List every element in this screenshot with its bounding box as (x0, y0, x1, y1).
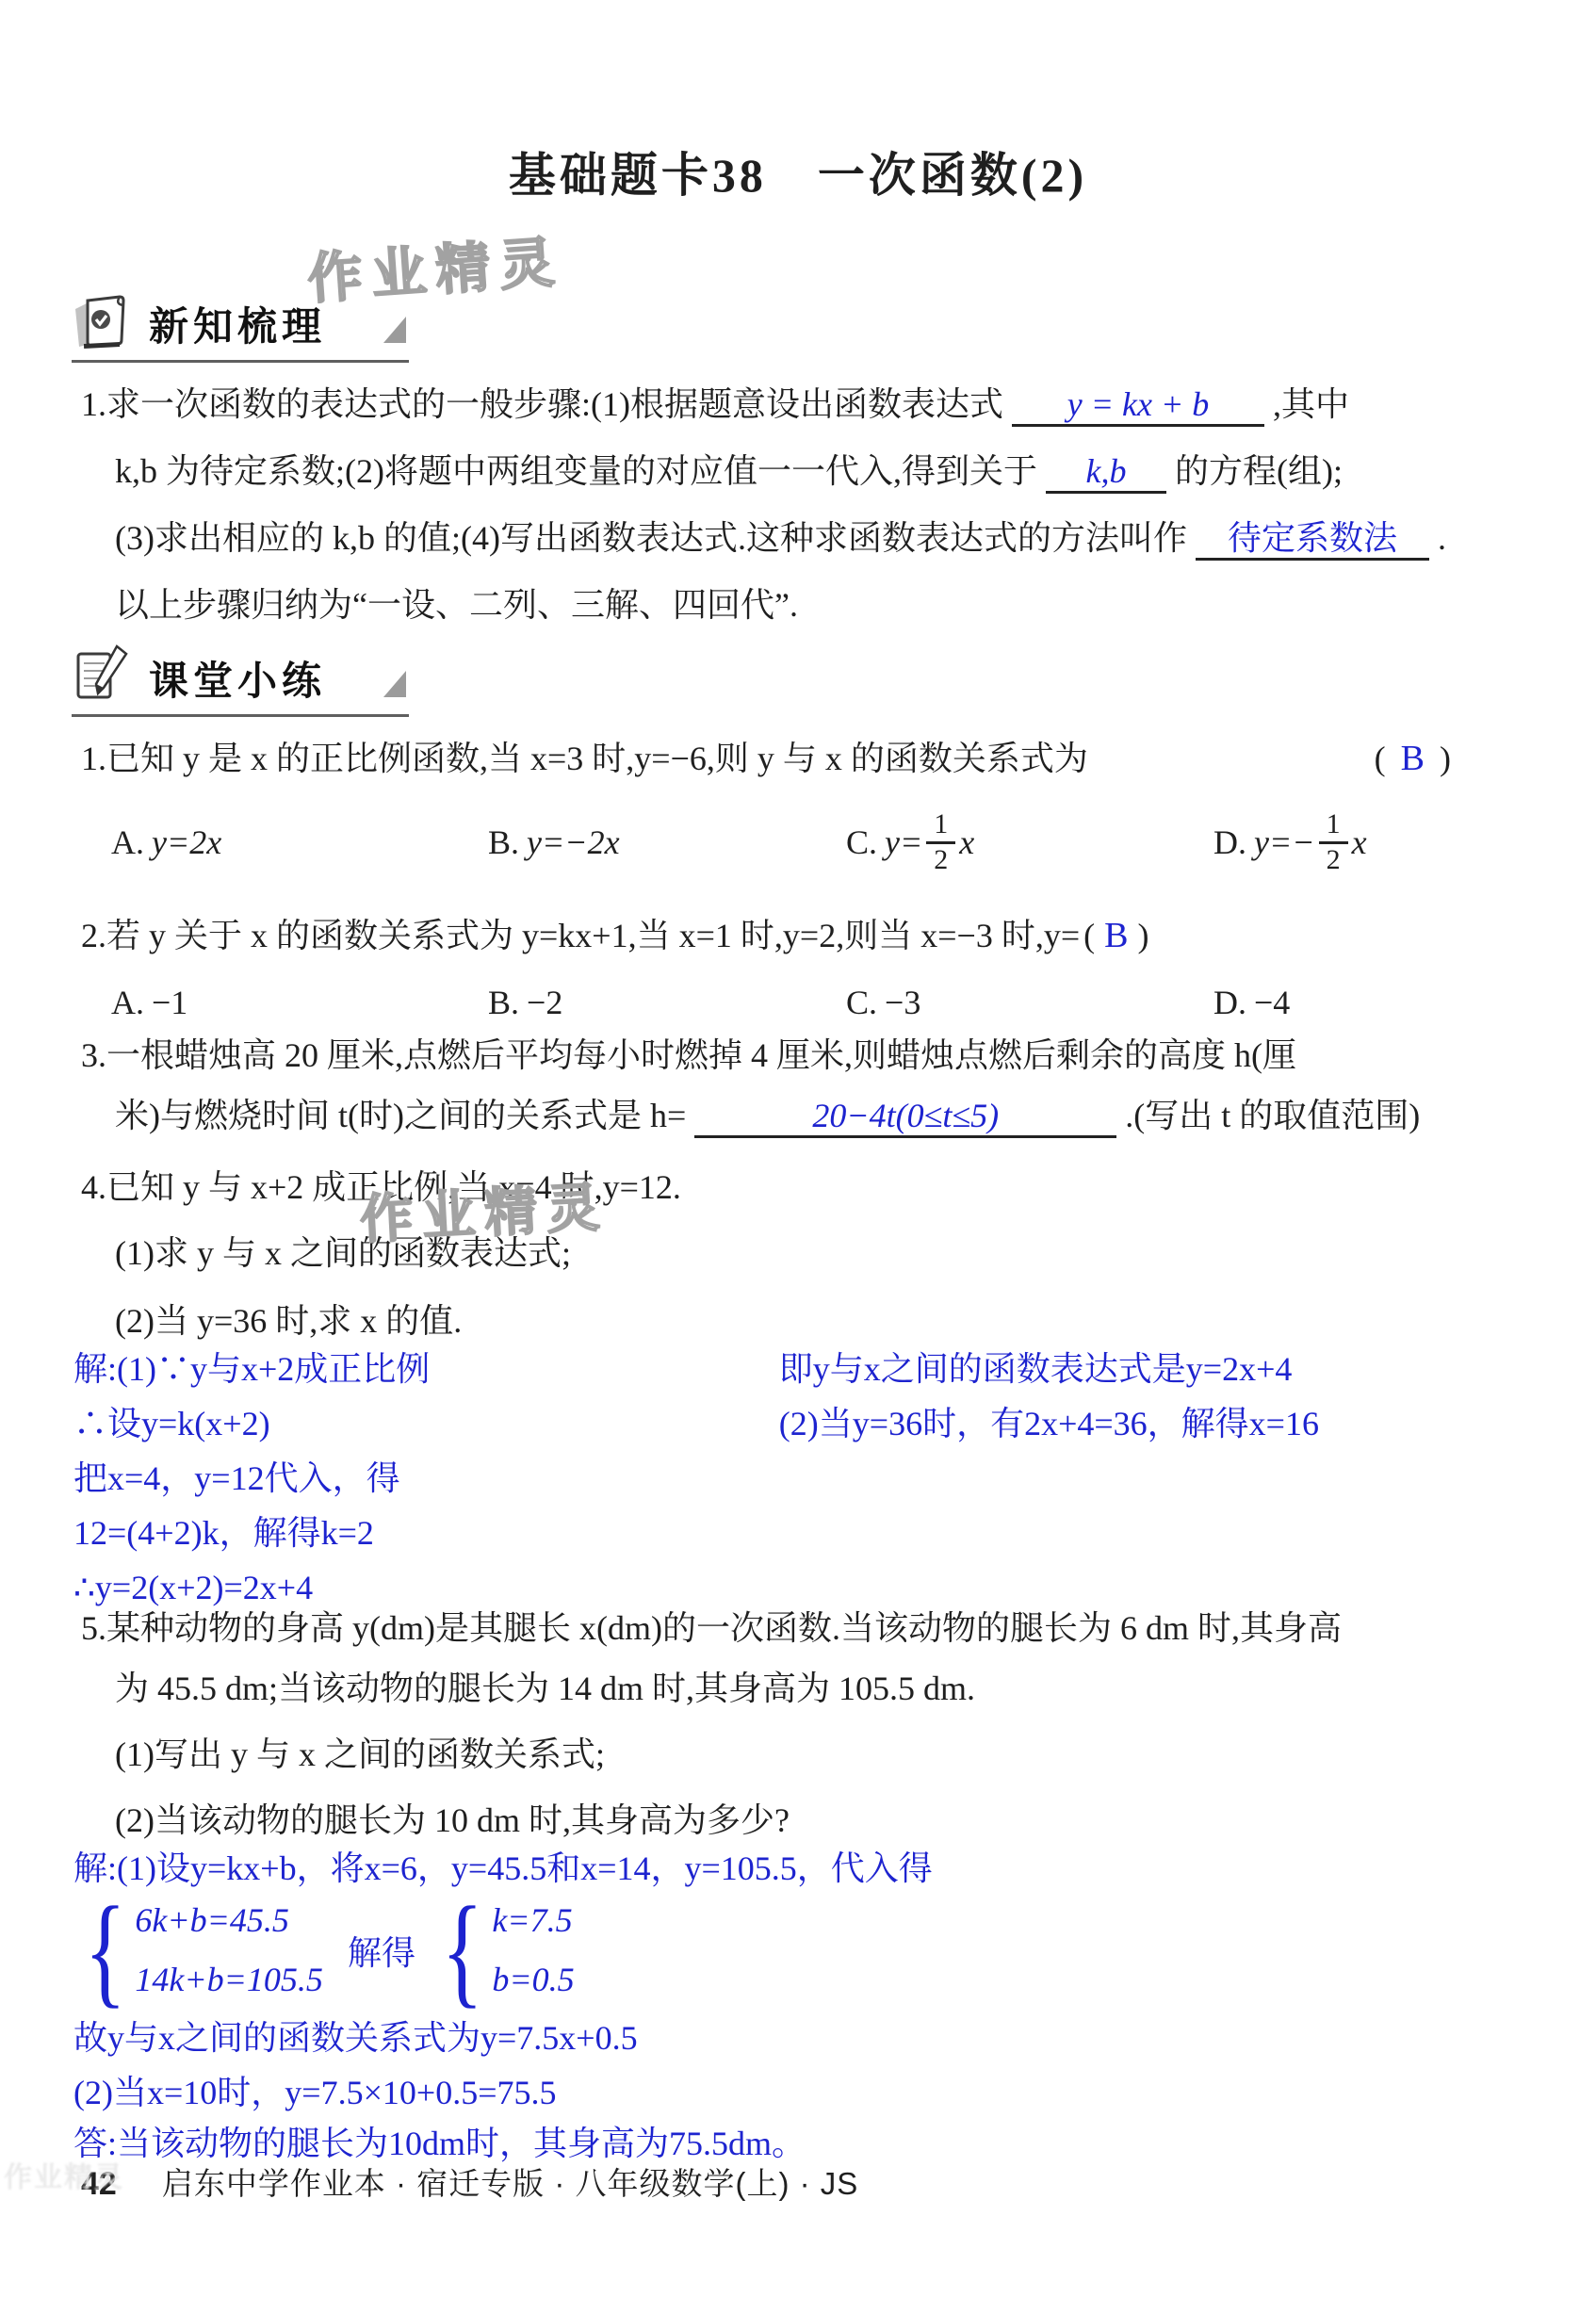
option-label: C. (846, 983, 885, 1022)
triangle-icon (381, 668, 409, 707)
question-4-solution-left: 解:(1)∵y与x+2成正比例 ∴设y=k(x+2) 把x=4，y=12代入，得… (73, 1342, 779, 1615)
solution-line: 把x=4，y=12代入，得 (73, 1451, 779, 1506)
option-label: C. (846, 823, 885, 862)
text-segment: (3)求出相应的 k,b 的值;(4)写出函数表达式.这种求函数表达式的方法叫作 (115, 519, 1187, 557)
equation: k=7.5 (492, 1900, 574, 1941)
option-value-pre: y= (885, 823, 922, 862)
equation: b=0.5 (492, 1960, 574, 2000)
fraction-numerator: 1 (1319, 808, 1348, 841)
option-value: y=2x (152, 823, 221, 862)
review-item-1-line-3: (3)求出相应的 k,b 的值;(4)写出函数表达式.这种求函数表达式的方法叫作… (81, 505, 1556, 572)
option-value-pre: y=− (1254, 823, 1315, 862)
system-solutions: k=7.5 b=0.5 (492, 1900, 574, 2000)
text-segment: (2)当 y=36 时,求 x 的值. (115, 1302, 462, 1340)
text-segment: . (1438, 519, 1446, 557)
option-label: A. (111, 823, 152, 862)
text-segment: (2)当该动物的腿长为 10 dm 时,其身高为多少? (115, 1801, 790, 1839)
text-segment: 为 45.5 dm;当该动物的腿长为 14 dm 时,其身高为 105.5 dm… (115, 1670, 975, 1707)
option-d: D. −4 (1213, 983, 1290, 1022)
option-d: D. y=− 1 2 x (1213, 808, 1367, 876)
fraction: 1 2 (926, 808, 955, 876)
page-number: 42 (81, 2166, 117, 2203)
section-header-review-label: 新知梳理 (149, 307, 326, 352)
review-item-1-line-4: 以上步骤归纳为“一设、二列、三解、四回代”. (81, 572, 1556, 639)
question-4: 4.已知 y 与 x+2 成正比例,当 x=4 时,y=12. (81, 1163, 681, 1212)
answer-blank-expression: y = kx + b (1012, 385, 1264, 427)
option-value: −3 (885, 983, 920, 1022)
fraction-denominator: 2 (926, 841, 955, 877)
handwritten-answer: 待定系数法 (1228, 519, 1397, 557)
option-b: B. y=−2x (488, 823, 846, 862)
equation: 6k+b=45.5 (135, 1900, 323, 1941)
answer-blank-kb: k,b (1046, 452, 1166, 494)
question-1-text: 1.已知 y 是 x 的正比例函数,当 x=3 时,y=−6,则 y 与 x 的… (81, 734, 1088, 783)
question-1: 1.已知 y 是 x 的正比例函数,当 x=3 时,y=−6,则 y 与 x 的… (81, 733, 1466, 785)
question-3-line-1: 3.一根蜡烛高 20 厘米,点燃后平均每小时燃掉 4 厘米,则蜡烛点燃后剩余的高… (81, 1031, 1296, 1080)
handwritten-answer: 20−4t(0≤t≤5) (812, 1097, 999, 1134)
question-1-answer-group: (B) (1360, 733, 1466, 785)
option-label: B. (488, 983, 527, 1022)
question-2-answer: B (1104, 916, 1128, 955)
paren-open: ( (1360, 740, 1401, 777)
text-segment: 的方程(组); (1175, 452, 1343, 490)
footer-text: 启东中学作业本 · 宿迁专版 · 八年级数学(上) · JS (162, 2159, 858, 2204)
solution-line: (2)当y=36时，有2x+4=36，解得x=16 (779, 1396, 1543, 1451)
option-value-post: x (959, 823, 974, 862)
left-brace: { (85, 1888, 126, 2012)
question-3-line-2: 米)与燃烧时间 t(时)之间的关系式是 h= 20−4t(0≤t≤5) .(写出… (115, 1091, 1420, 1140)
question-1-options: A. y=2x B. y=−2x C. y= 1 2 x D. y=− 1 2 … (111, 797, 1487, 888)
solution-line: 故y与x之间的函数关系式为y=7.5x+0.5 (73, 2011, 638, 2065)
section-header-practice-label: 课堂小练 (149, 661, 326, 707)
question-4-part-2: (2)当 y=36 时,求 x 的值. (115, 1296, 462, 1345)
left-brace: { (441, 1888, 482, 2012)
question-4-text: 4.已知 y 与 x+2 成正比例,当 x=4 时,y=12. (81, 1168, 681, 1206)
worksheet-page: 作业精灵 作业精灵 作业精灵 基础题卡38 一次函数(2) 新知梳理 1.求一次… (0, 0, 1596, 2297)
solution-line: ∴设y=k(x+2) (73, 1396, 779, 1451)
option-c: C. −3 (846, 983, 1213, 1022)
equation-system: { 6k+b=45.5 14k+b=105.5 解得 { k=7.5 b=0.5 (75, 1888, 575, 2012)
fraction-denominator: 2 (1319, 841, 1348, 877)
option-c: C. y= 1 2 x (846, 808, 1213, 876)
question-5-line-1: 5.某种动物的身高 y(dm)是其腿长 x(dm)的一次函数.当该动物的腿长为 … (81, 1604, 1342, 1653)
page-title: 基础题卡38 一次函数(2) (0, 138, 1596, 205)
question-5-solution-line-3: 故y与x之间的函数关系式为y=7.5x+0.5 (73, 2011, 638, 2065)
option-value: y=−2x (527, 823, 620, 862)
option-label: A. (111, 983, 152, 1022)
option-label: D. (1213, 983, 1254, 1022)
option-b: B. −2 (488, 983, 846, 1022)
note-card-icon (72, 290, 134, 352)
paren-open: ( (1080, 917, 1104, 954)
fraction-numerator: 1 (926, 808, 955, 841)
section-header-review: 新知梳理 (72, 290, 409, 363)
solution-line: 12=(4+2)k，解得k=2 (73, 1506, 779, 1560)
triangle-icon (381, 314, 409, 352)
section-header-practice: 课堂小练 (72, 644, 409, 717)
review-item-1: 1.求一次函数的表达式的一般步骤:(1)根据题意设出函数表达式 y = kx +… (81, 371, 1556, 639)
answer-blank-formula: 20−4t(0≤t≤5) (694, 1097, 1116, 1138)
notepad-pencil-icon (72, 644, 134, 707)
solution-line: (2)当x=10时，y=7.5×10+0.5=75.5 (73, 2065, 557, 2120)
text-segment: ,其中 (1273, 385, 1349, 423)
system-equations: 6k+b=45.5 14k+b=105.5 (135, 1900, 323, 2000)
option-value: −4 (1254, 983, 1290, 1022)
handwritten-answer: k,b (1085, 452, 1126, 490)
paren-close: ) (1425, 740, 1466, 777)
equation: 14k+b=105.5 (135, 1960, 323, 2000)
text-segment: (1)写出 y 与 x 之间的函数关系式; (115, 1735, 605, 1773)
paren-close: ) (1128, 917, 1152, 954)
option-a: A. y=2x (111, 823, 488, 862)
text-segment: 以上步骤归纳为“一设、二列、三解、四回代”. (115, 586, 798, 624)
text-segment: .(写出 t 的取值范围) (1125, 1097, 1420, 1134)
question-2: 2.若 y 关于 x 的函数关系式为 y=kx+1,当 x=1 时,y=2,则当… (81, 910, 1152, 962)
question-5-text: 5.某种动物的身高 y(dm)是其腿长 x(dm)的一次函数.当该动物的腿长为 … (81, 1609, 1342, 1647)
question-3-text: 3.一根蜡烛高 20 厘米,点燃后平均每小时燃掉 4 厘米,则蜡烛点燃后剩余的高… (81, 1036, 1296, 1074)
text-segment: 米)与燃烧时间 t(时)之间的关系式是 h= (115, 1097, 686, 1134)
option-value: −1 (152, 983, 187, 1022)
text-segment: k,b 为待定系数;(2)将题中两组变量的对应值一一代入,得到关于 (115, 452, 1037, 490)
question-5-line-2: 为 45.5 dm;当该动物的腿长为 14 dm 时,其身高为 105.5 dm… (115, 1664, 975, 1713)
solution-line: 解:(1)∵y与x+2成正比例 (73, 1342, 779, 1396)
question-1-answer: B (1401, 739, 1425, 778)
question-4-solution: 解:(1)∵y与x+2成正比例 ∴设y=k(x+2) 把x=4，y=12代入，得… (73, 1342, 1543, 1615)
question-5-part-1: (1)写出 y 与 x 之间的函数关系式; (115, 1730, 605, 1779)
answer-blank-method: 待定系数法 (1196, 519, 1429, 561)
question-5-part-2: (2)当该动物的腿长为 10 dm 时,其身高为多少? (115, 1796, 790, 1845)
question-2-text: 2.若 y 关于 x 的函数关系式为 y=kx+1,当 x=1 时,y=2,则当… (81, 917, 1080, 954)
option-label: B. (488, 823, 527, 862)
question-4-part-1: (1)求 y 与 x 之间的函数表达式; (115, 1229, 571, 1278)
option-a: A. −1 (111, 983, 488, 1022)
question-5-solution-line-4: (2)当x=10时，y=7.5×10+0.5=75.5 (73, 2065, 557, 2120)
handwritten-answer: y = kx + b (1067, 385, 1210, 423)
text-segment: (1)求 y 与 x 之间的函数表达式; (115, 1234, 571, 1272)
option-value: −2 (527, 983, 562, 1022)
solve-label: 解得 (323, 1927, 432, 1975)
review-item-1-line-2: k,b 为待定系数;(2)将题中两组变量的对应值一一代入,得到关于 k,b 的方… (81, 438, 1556, 505)
question-2-options: A. −1 B. −2 C. −3 D. −4 (111, 974, 1487, 1031)
text-segment: 1.求一次函数的表达式的一般步骤:(1)根据题意设出函数表达式 (81, 385, 1003, 423)
fraction: 1 2 (1319, 808, 1348, 876)
solution-line: 即y与x之间的函数表达式是y=2x+4 (779, 1342, 1543, 1396)
question-4-solution-right: 即y与x之间的函数表达式是y=2x+4 (2)当y=36时，有2x+4=36，解… (779, 1342, 1543, 1615)
review-item-1-line-1: 1.求一次函数的表达式的一般步骤:(1)根据题意设出函数表达式 y = kx +… (81, 371, 1556, 438)
option-label: D. (1213, 823, 1254, 862)
page-footer: 42 启东中学作业本 · 宿迁专版 · 八年级数学(上) · JS (81, 2159, 858, 2204)
option-value-post: x (1352, 823, 1367, 862)
